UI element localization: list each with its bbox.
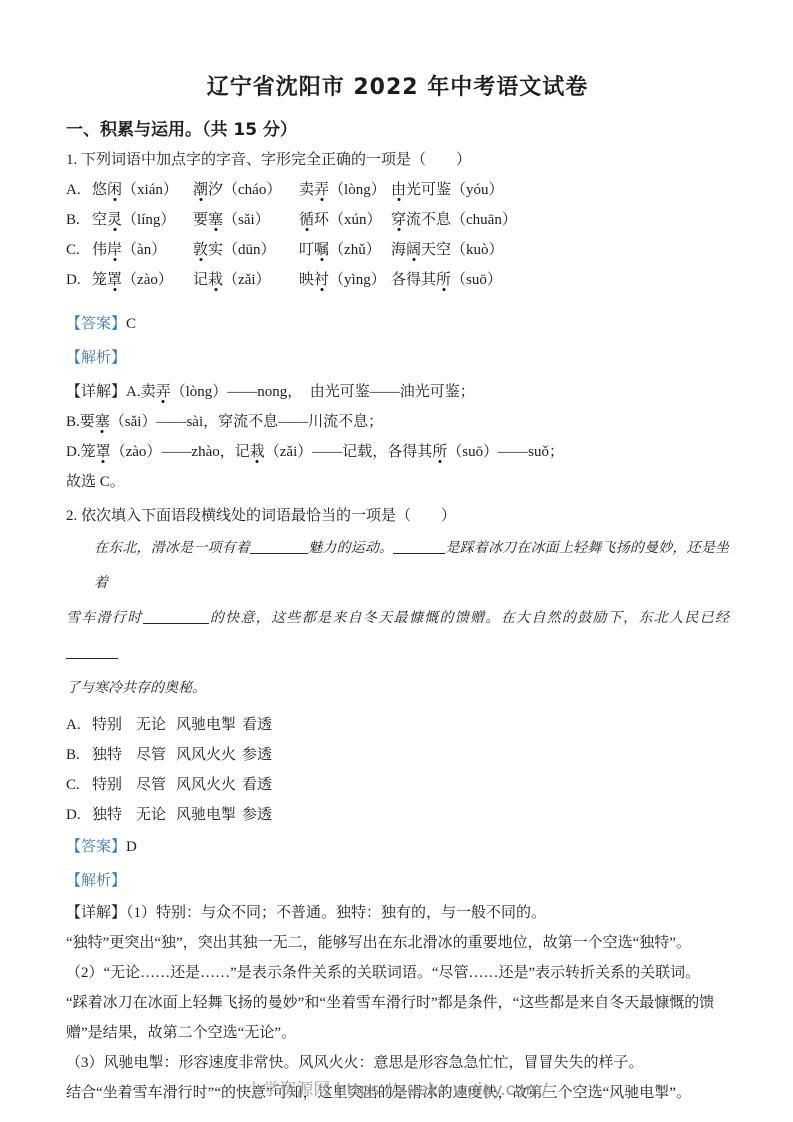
answer-label: 【答案】 xyxy=(66,839,126,855)
dotted-char: 塞 xyxy=(208,205,223,235)
text-run: 无论 xyxy=(136,717,166,733)
option-item: 海阔天空（kuò） xyxy=(391,235,504,265)
text-run: 伟 xyxy=(92,242,107,258)
dotted-char: 灵 xyxy=(107,205,122,235)
q1-stem: 1. 下列词语中加点字的字音、字形完全正确的一项是（ ） xyxy=(66,145,729,175)
text-run: “独特”更突出“独”，突出其独一无二，能够写出在东北滑冰的重要地位，故第一个空选… xyxy=(66,935,691,951)
text-run: 汐（cháo） xyxy=(208,182,281,198)
text-run: 实（dūn） xyxy=(208,242,276,258)
option-item: 独特 xyxy=(92,800,136,830)
option-label: B. xyxy=(66,740,92,770)
option-item: 参透 xyxy=(242,800,272,830)
option-item: 风风火火 xyxy=(176,740,242,770)
text-run: （zào） xyxy=(122,272,173,288)
option-item: 风风火火 xyxy=(176,770,242,800)
option-item: 特别 xyxy=(92,770,136,800)
text-run: （zǎi） xyxy=(223,272,270,288)
q2-answer: 【答案】D xyxy=(66,832,729,862)
option-item: 尽管 xyxy=(136,770,176,800)
blank-underline xyxy=(66,645,118,659)
dotted-char: 罩 xyxy=(96,437,111,467)
paper-title: 辽宁省沈阳市 2022 年中考语文试卷 xyxy=(66,70,729,101)
text-run: 参透 xyxy=(242,747,272,763)
dotted-char: 栽 xyxy=(250,437,265,467)
text-run: 1. 下列词语中加点字的字音、字形完全正确的一项是（ ） xyxy=(66,152,471,168)
answer-label: 【解析】 xyxy=(66,350,126,366)
dotted-char: 罩 xyxy=(107,265,122,295)
text-run: （zào）——zhào，记 xyxy=(111,444,250,460)
text-run: （sǎi）——sài，穿流不息——川流不息； xyxy=(110,414,383,430)
option-item: 伟岸（àn） xyxy=(92,235,193,265)
text-run: 独特 xyxy=(92,807,122,823)
dotted-char: 弄 xyxy=(156,377,171,407)
text-run: 【详解】（1）特别：与众不同；不普通。独特：独有的，与一般不同的。 xyxy=(66,905,546,921)
dotted-char: 穿 xyxy=(391,205,406,235)
text-run: 看透 xyxy=(242,717,272,733)
q1-explain-2: B.要塞（sǎi）——sài，穿流不息——川流不息； xyxy=(66,407,729,437)
text-run: 环（xún） xyxy=(314,212,382,228)
option-item: 穿流不息（chuān） xyxy=(391,205,517,235)
option-item: 由光可鉴（yóu） xyxy=(391,175,504,205)
option-item: 循环（xún） xyxy=(299,205,391,235)
text-run: （xián） xyxy=(122,182,178,198)
text-run: 无论 xyxy=(136,807,166,823)
blank-underline xyxy=(250,540,308,554)
text-run: 2. 依次填入下面语段横线处的词语最恰当的一项是（ ） xyxy=(66,508,456,524)
text-run: 了与寒冷共存的奥秘。 xyxy=(66,681,206,696)
q1-explain-3: D.笼罩（zào）——zhào，记栽（zǎi）——记载，各得其所（suō）——s… xyxy=(66,437,729,467)
q2-explain-5: 赠”是结果，故第二个空选“无论”。 xyxy=(66,1018,729,1048)
option-item: 看透 xyxy=(242,770,272,800)
option-item: 记栽（zǎi） xyxy=(193,265,299,295)
text-run: 尽管 xyxy=(136,777,166,793)
option-item: 参透 xyxy=(242,740,272,770)
option-label: A. xyxy=(66,710,92,740)
text-run: （zǎi）——记载，各得其 xyxy=(265,444,432,460)
q1-option-b: B.空灵（líng）要塞（sǎi）循环（xún）穿流不息（chuān） xyxy=(66,205,729,235)
text-run: 看透 xyxy=(242,777,272,793)
dotted-char: 栽 xyxy=(208,265,223,295)
q2-explain-1: 【详解】（1）特别：与众不同；不普通。独特：独有的，与一般不同的。 xyxy=(66,898,729,928)
q1-analysis-label: 【解析】 xyxy=(66,343,729,373)
option-item: 各得其所（suō） xyxy=(391,265,502,295)
text-run: 故选 C。 xyxy=(66,474,125,490)
text-run: 一、积累与运用。（共 15 分） xyxy=(66,120,297,140)
q2-option-b: B.独特尽管风风火火参透 xyxy=(66,740,729,770)
q2-explain-4: “踩着冰刀在冰面上轻舞飞扬的曼妙”和“坐着雪车滑行时”都是条件，“这些都是来自冬… xyxy=(66,988,729,1018)
text-run: 特别 xyxy=(92,777,122,793)
text-run: 风风火火 xyxy=(176,747,236,763)
text-run: 天空（kuò） xyxy=(421,242,504,258)
dotted-char: 潮 xyxy=(193,175,208,205)
text-run: （líng） xyxy=(122,212,175,228)
q2-explain-2: “独特”更突出“独”，突出其独一无二，能够写出在东北滑冰的重要地位，故第一个空选… xyxy=(66,928,729,958)
q1-option-a: A.悠闲（xián）潮汐（cháo）卖弄（lòng）由光可鉴（yóu） xyxy=(66,175,729,205)
dotted-char: 循 xyxy=(299,205,314,235)
q2-passage-line-3: 了与寒冷共存的奥秘。 xyxy=(66,671,729,706)
option-item: 风驰电掣 xyxy=(176,800,242,830)
q2-passage-line-2: 雪车滑行时的快意，这些都是来自冬天最慷慨的馈赠。在大自然的鼓励下，东北人民已经 xyxy=(66,601,729,671)
option-item: 笼罩（zào） xyxy=(92,265,193,295)
text-run: （zhǔ） xyxy=(329,242,381,258)
q2-analysis-label: 【解析】 xyxy=(66,866,729,896)
text-run: 特别 xyxy=(92,717,122,733)
option-label: D. xyxy=(66,265,92,295)
option-item: 风驰电掣 xyxy=(176,710,242,740)
text-run: 尽管 xyxy=(136,747,166,763)
option-item: 无论 xyxy=(136,710,176,740)
dotted-char: 敦 xyxy=(193,235,208,265)
q2-explain-6: （3）风驰电掣：形容速度非常快。风风火火：意思是形容急急忙忙，冒冒失失的样子。 xyxy=(66,1048,729,1078)
text-run: 的快意，这些都是来自冬天最慷慨的馈赠。在大自然的鼓励下，东北人民已经 xyxy=(209,611,729,626)
option-item: 叮嘱（zhǔ） xyxy=(299,235,391,265)
text-run: 【详解】A.卖 xyxy=(66,384,156,400)
option-label: A. xyxy=(66,175,92,205)
text-run: 光可鉴（yóu） xyxy=(406,182,504,198)
text-run: （3）风驰电掣：形容速度非常快。风风火火：意思是形容急急忙忙，冒冒失失的样子。 xyxy=(66,1055,644,1071)
text-run: 赠”是结果，故第二个空选“无论”。 xyxy=(66,1025,296,1041)
text-run: 悠 xyxy=(92,182,107,198)
dotted-char: 岸 xyxy=(107,235,122,265)
text-run: （lòng）——nong， 由光可鉴——油光可鉴； xyxy=(171,384,475,400)
text-run: 风驰电掣 xyxy=(176,807,236,823)
text-run: 各得其 xyxy=(391,272,436,288)
q2-option-a: A.特别无论风驰电掣看透 xyxy=(66,710,729,740)
q1-explain-1: 【详解】A.卖弄（lòng）——nong， 由光可鉴——油光可鉴； xyxy=(66,377,729,407)
text-run: 卖 xyxy=(299,182,314,198)
text-run: （sǎi） xyxy=(223,212,270,228)
text-run: “踩着冰刀在冰面上轻舞飞扬的曼妙”和“坐着雪车滑行时”都是条件，“这些都是来自冬… xyxy=(66,995,714,1011)
option-item: 潮汐（cháo） xyxy=(193,175,299,205)
dotted-char: 闲 xyxy=(107,175,122,205)
option-item: 独特 xyxy=(92,740,136,770)
text-run: 在东北，滑冰是一项有着 xyxy=(94,541,250,556)
q2-passage-line-1: 在东北，滑冰是一项有着魅力的运动。是踩着冰刀在冰面上轻舞飞扬的曼妙，还是坐着 xyxy=(66,531,729,601)
text-run: 风驰电掣 xyxy=(176,717,236,733)
text-run: （2）“无论……还是……”是表示条件关系的关联词语。“尽管……还是”表示转折关系… xyxy=(66,965,700,981)
section-heading: 一、积累与运用。（共 15 分） xyxy=(66,115,729,145)
dotted-char: 所 xyxy=(436,265,451,295)
q2-option-c: C.特别尽管风风火火看透 xyxy=(66,770,729,800)
blank-underline xyxy=(393,540,445,554)
option-item: 看透 xyxy=(242,710,272,740)
text-run: 参透 xyxy=(242,807,272,823)
dotted-char: 弄 xyxy=(314,175,329,205)
answer-label: 【解析】 xyxy=(66,873,126,889)
dotted-char: 阔 xyxy=(406,235,421,265)
text-run: （suō） xyxy=(451,272,502,288)
answer-label: 【答案】 xyxy=(66,316,126,332)
text-run: （àn） xyxy=(122,242,166,258)
q2-stem: 2. 依次填入下面语段横线处的词语最恰当的一项是（ ） xyxy=(66,501,729,531)
q1-option-c: C.伟岸（àn）敦实（dūn）叮嘱（zhǔ）海阔天空（kuò） xyxy=(66,235,729,265)
text-run: 笼 xyxy=(92,272,107,288)
text-run: （suō）——suǒ； xyxy=(447,444,564,460)
watermark-footer: 小学资源网 https://xueke.woiay.com/ xyxy=(0,1075,793,1100)
option-label: C. xyxy=(66,770,92,800)
dotted-char: 由 xyxy=(391,175,406,205)
dotted-char: 衬 xyxy=(314,265,329,295)
text-run: 流不息（chuān） xyxy=(406,212,517,228)
option-item: 悠闲（xián） xyxy=(92,175,193,205)
q2-explain-3: （2）“无论……还是……”是表示条件关系的关联词语。“尽管……还是”表示转折关系… xyxy=(66,958,729,988)
text-run: 空 xyxy=(92,212,107,228)
blank-underline xyxy=(143,610,209,624)
exam-body: 一、积累与运用。（共 15 分）1. 下列词语中加点字的字音、字形完全正确的一项… xyxy=(66,115,729,1108)
q1-option-d: D.笼罩（zào）记栽（zǎi）映衬（yìng）各得其所（suō） xyxy=(66,265,729,295)
q2-option-d: D.独特无论风驰电掣参透 xyxy=(66,800,729,830)
option-label: B. xyxy=(66,205,92,235)
text-run: D.笼 xyxy=(66,444,96,460)
exam-page: 辽宁省沈阳市 2022 年中考语文试卷 一、积累与运用。（共 15 分）1. 下… xyxy=(0,0,793,1108)
q1-answer: 【答案】C xyxy=(66,309,729,339)
text-run: 风风火火 xyxy=(176,777,236,793)
text-run: （yìng） xyxy=(329,272,386,288)
text-run: （lòng） xyxy=(329,182,386,198)
option-label: C. xyxy=(66,235,92,265)
text-run: D xyxy=(126,839,137,855)
text-run: 映 xyxy=(299,272,314,288)
text-run: B.要 xyxy=(66,414,95,430)
option-item: 特别 xyxy=(92,710,136,740)
text-run: 魅力的运动。 xyxy=(308,541,393,556)
text-run: 叮 xyxy=(299,242,314,258)
option-item: 要塞（sǎi） xyxy=(193,205,299,235)
option-item: 空灵（líng） xyxy=(92,205,193,235)
q1-conclusion: 故选 C。 xyxy=(66,467,729,497)
option-item: 卖弄（lòng） xyxy=(299,175,391,205)
text-run: C xyxy=(126,316,136,332)
option-item: 敦实（dūn） xyxy=(193,235,299,265)
text-run: 独特 xyxy=(92,747,122,763)
text-run: 要 xyxy=(193,212,208,228)
option-item: 无论 xyxy=(136,800,176,830)
text-run: 记 xyxy=(193,272,208,288)
dotted-char: 嘱 xyxy=(314,235,329,265)
option-item: 尽管 xyxy=(136,740,176,770)
option-label: D. xyxy=(66,800,92,830)
text-run: 雪车滑行时 xyxy=(66,611,143,626)
dotted-char: 所 xyxy=(432,437,447,467)
dotted-char: 塞 xyxy=(95,407,110,437)
option-item: 映衬（yìng） xyxy=(299,265,391,295)
text-run: 海 xyxy=(391,242,406,258)
